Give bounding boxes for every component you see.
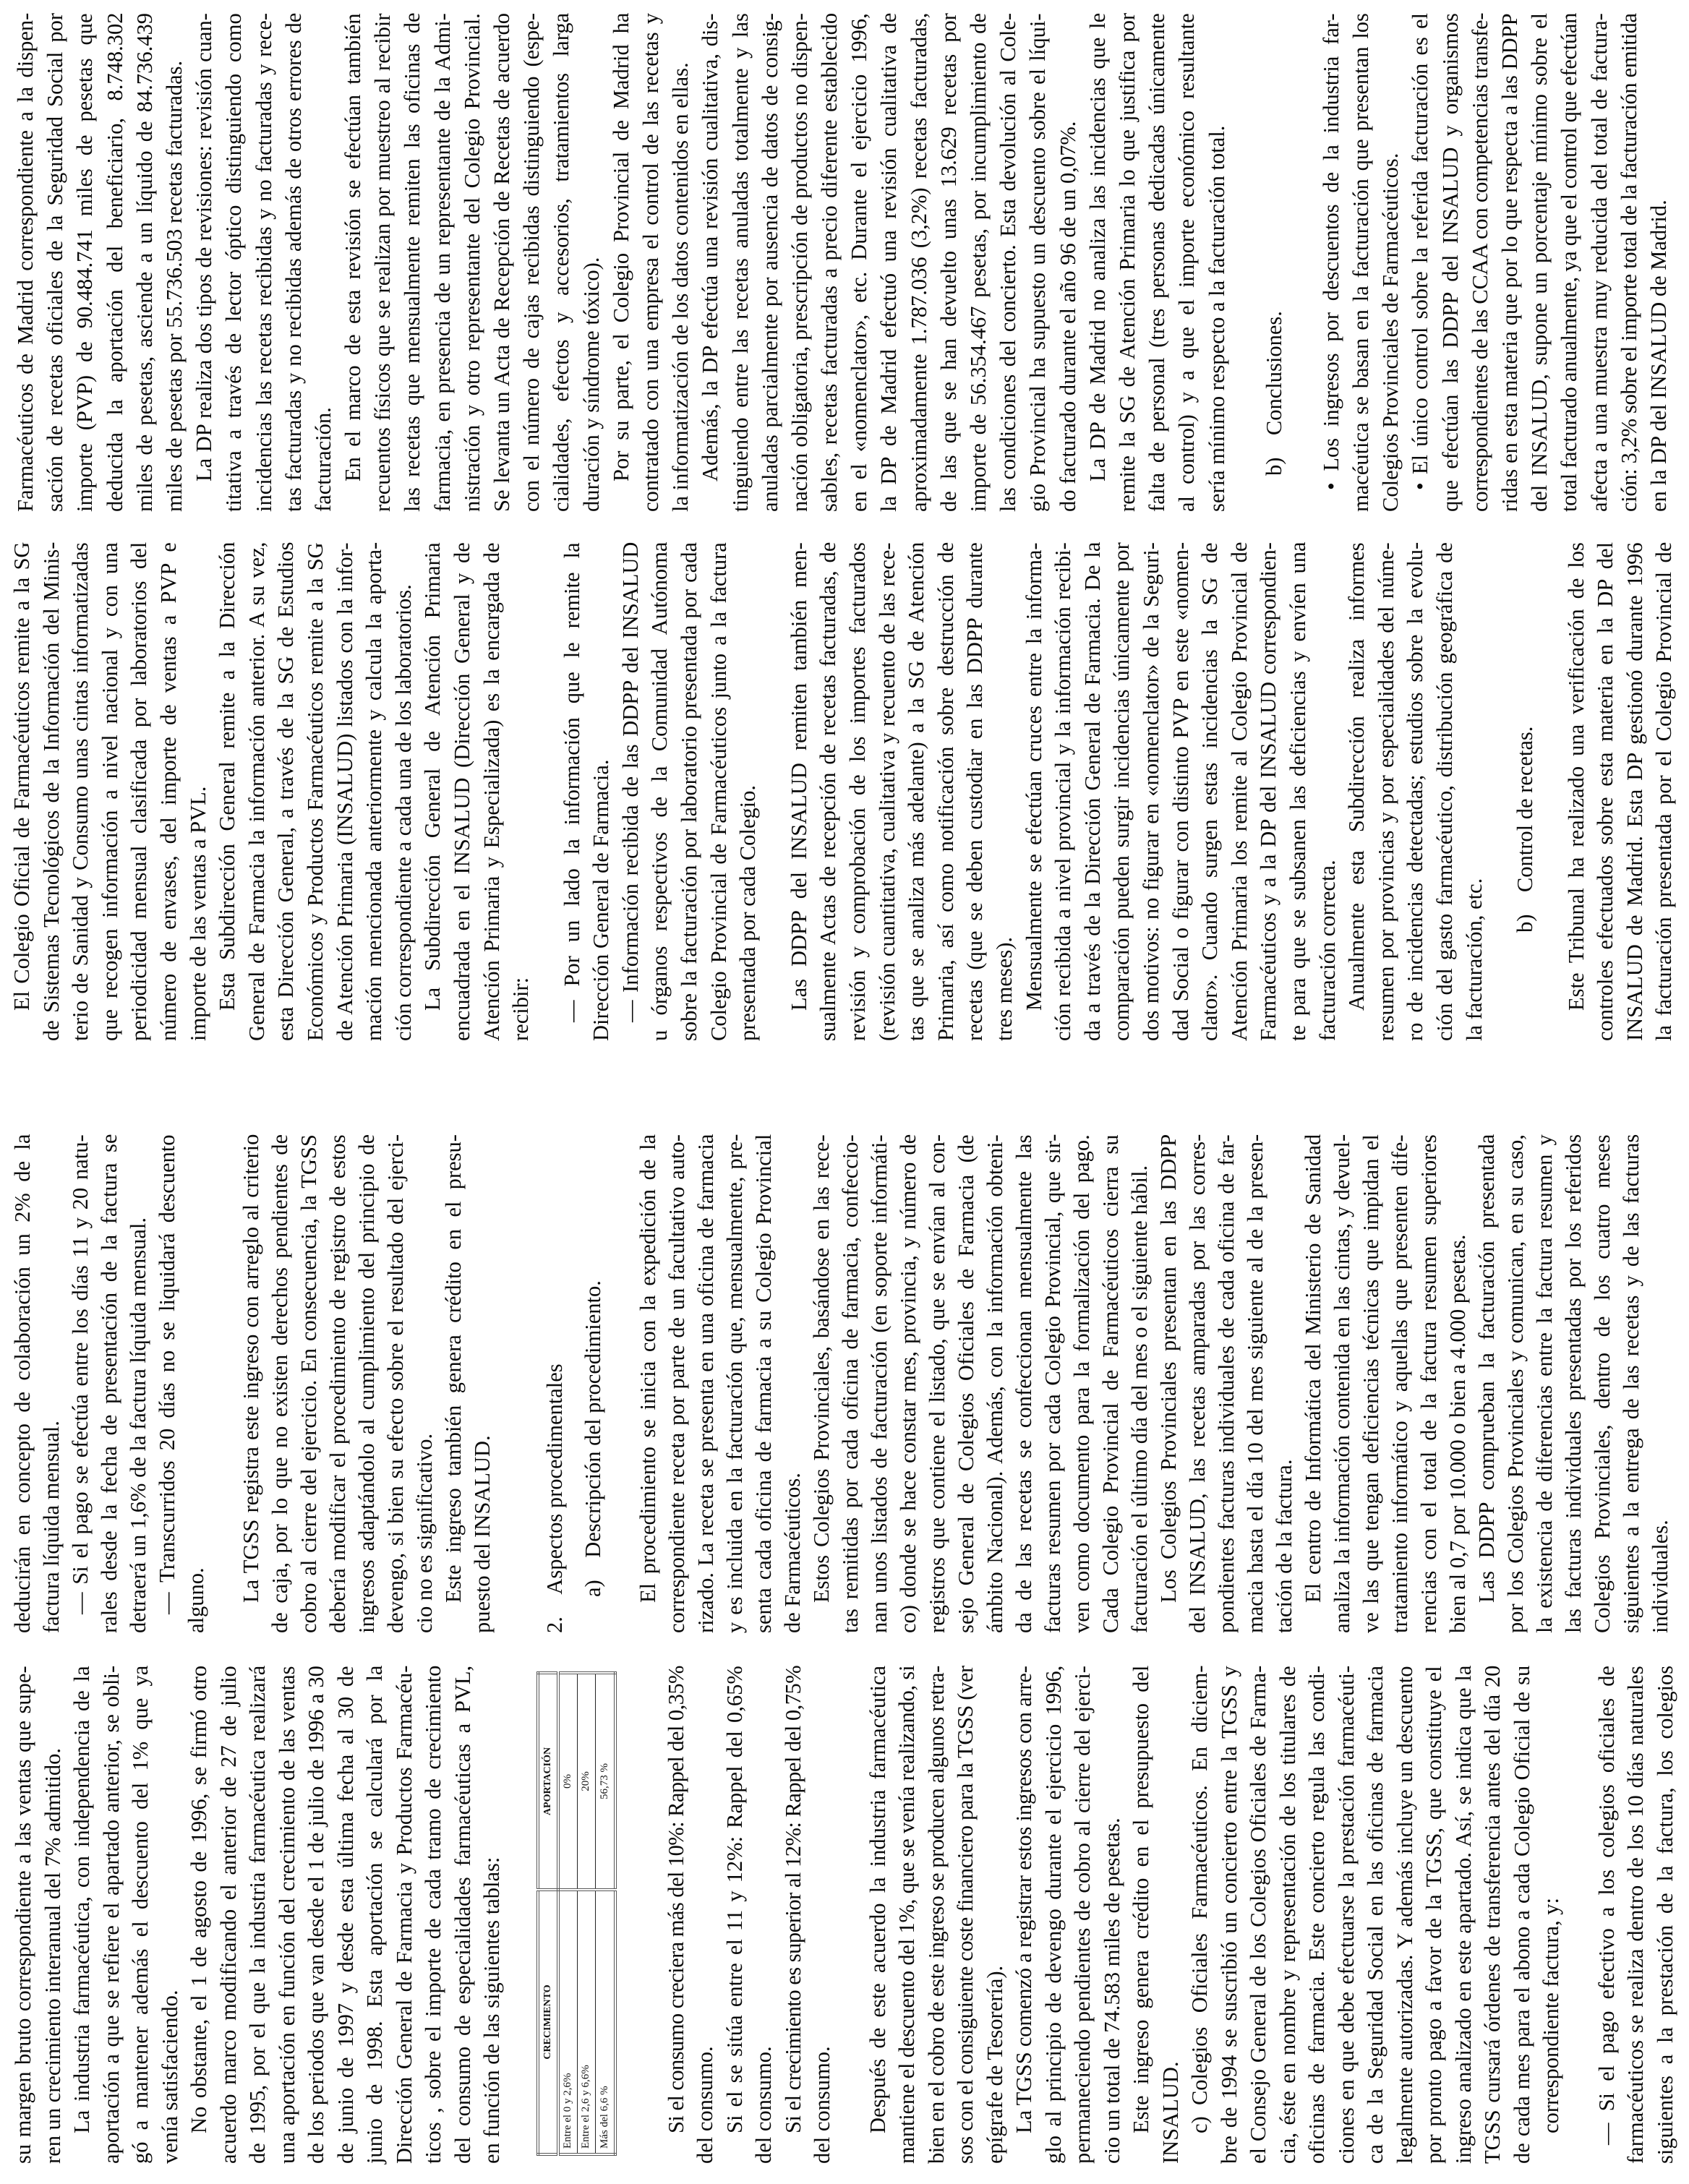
line-text: sería mínimo respecto a la facturación t… xyxy=(1202,126,1232,512)
table-cell: Entre el 0 y 2,6% xyxy=(558,1890,578,2154)
text-line: una aportación en función del crecimient… xyxy=(273,1666,302,2164)
line-text: Las DDPP comprueban la facturación prese… xyxy=(1472,1134,1501,1603)
text-line: sación de recetas oficiales de la Seguri… xyxy=(40,13,70,512)
text-line: No obstante, el 1 de agosto de 1996, se … xyxy=(184,1666,214,2164)
line-text: rencias con el total de la factura resum… xyxy=(1414,1134,1443,1633)
table-header-cell: CRECIMIENTO xyxy=(538,1890,558,2154)
line-text: INSALUD de Madrid. Esta DP gestionó dura… xyxy=(1620,542,1650,1041)
text-line: en la DP del INSALUD de Madrid. xyxy=(1644,13,1674,512)
line-text: bien al 0,7 por 10.000 o bien a 4.000 pe… xyxy=(1443,1235,1472,1633)
text-line: INSALUD de Madrid. Esta DP gestionó dura… xyxy=(1620,542,1650,1041)
text-line: Las DDPP del INSALUD remiten también men… xyxy=(784,542,814,1041)
text-line: epígrafe de Tesorería). xyxy=(980,1666,1010,2164)
text-line: Si el crecimiento es superior al 12%: Ra… xyxy=(779,1666,808,2164)
line-text: Farmacéuticos y a la DP del INSALUD corr… xyxy=(1254,542,1283,1041)
line-text: senta cada oficina de farmacia a su Cole… xyxy=(749,1134,778,1633)
line-text: registros que contiene el listado, que s… xyxy=(923,1134,952,1633)
text-line: ticos , sobre el importe de cada tramo d… xyxy=(419,1666,448,2164)
line-text: Dirección General de Farmacia. xyxy=(586,759,616,1041)
text-line: nistración y otro representante del Cole… xyxy=(458,13,487,512)
line-text: Si el crecimiento es superior al 12%: Ra… xyxy=(779,1666,808,2133)
line-text: c) Colegios Oficiales Farmacéuticos. En … xyxy=(1185,1666,1215,2133)
line-text: periodicidad mensual clasificada por lab… xyxy=(124,542,154,1041)
line-text: recetas (que se deben custodiar en las D… xyxy=(960,542,990,1041)
line-text: macéutica se basan en la facturación que… xyxy=(1346,13,1376,512)
text-line: remite la SG de Atención Primaria lo que… xyxy=(1113,13,1142,512)
line-text: sables, recetas facturadas a precio dife… xyxy=(815,13,844,512)
paragraph: Las DDPP comprueban la facturación prese… xyxy=(1472,1134,1675,1633)
paragraph-continuation: su margen bruto correspondiente a las ve… xyxy=(9,1666,67,2164)
text-line: revisión y comprobación de los importes … xyxy=(843,542,873,1041)
line-text: Si el consumo creciera más del 10%: Rapp… xyxy=(662,1666,691,2133)
dash-list-item: — Si el pago efectivo a los colegios ofi… xyxy=(1592,1666,1680,2164)
text-line: la informatización de los datos contenid… xyxy=(666,13,696,512)
line-text: La TGSS registra este ingreso con arregl… xyxy=(236,1134,265,1603)
text-line: ingreso analizado en este apartado. Así,… xyxy=(1449,1666,1479,2164)
line-text: del consumo. xyxy=(749,2046,779,2164)
line-text: anuladas parcialmente por ausencia de da… xyxy=(756,13,785,512)
line-text: rizado. La receta se presenta en una ofi… xyxy=(691,1134,720,1633)
line-text: junio de 1998. Esta aportación se calcul… xyxy=(360,1666,390,2164)
line-text: glo al principio de devengo durante el e… xyxy=(1039,1666,1069,2164)
text-line: farmacéuticos se realiza dentro de los 1… xyxy=(1621,1666,1651,2164)
text-line: de Farmacéuticos. xyxy=(778,1134,807,1633)
line-text: sejo General de Colegios Oficiales de Fa… xyxy=(952,1134,980,1633)
text-line: La Subdirección General de Atención Prim… xyxy=(418,542,448,1041)
blank-line xyxy=(1489,542,1510,1041)
table-body: Entre el 0 y 2,6%0%Entre el 2,6 y 6,6%20… xyxy=(558,1673,615,2154)
line-text: importe de 56.354.467 pesetas, por incum… xyxy=(964,13,993,512)
text-line: — Si el pago se efectúa entre los días 1… xyxy=(66,1134,95,1633)
line-text: mantiene el descuento del 1%, que se ven… xyxy=(892,1666,922,2164)
paragraph: Si el crecimiento es superior al 12%: Ra… xyxy=(779,1666,837,2164)
subsection-heading: b) Conclusiones. xyxy=(1260,13,1289,512)
paragraph: Anualmente esta Subdirección realiza inf… xyxy=(1342,542,1489,1041)
table-cell: Entre el 2,6 y 6,6% xyxy=(577,1890,595,2154)
line-text: acuerdo marco modificando el anterior de… xyxy=(214,1666,244,2164)
text-line: de cada mes para el abono a cada Colegio… xyxy=(1508,1666,1537,2164)
line-text: farmacia, en presencia de un representan… xyxy=(428,13,458,512)
text-line: detraerá un 1,6% de la factura líquida m… xyxy=(124,1134,153,1633)
blank-line xyxy=(536,542,557,1041)
line-text: bien en el cobro de este ingreso se prod… xyxy=(922,1666,952,2164)
line-text: Además, la DP efectúa una revisión cuali… xyxy=(696,13,725,481)
text-line: de caja, por lo que no existen derechos … xyxy=(265,1134,294,1633)
paragraph: Los Colegios Provinciales presentan en l… xyxy=(1154,1134,1299,1633)
text-line: tinguiendo entre las recetas anuladas to… xyxy=(726,13,756,512)
line-text: — Información recibida de las DDPP del I… xyxy=(616,542,646,1022)
line-text: cobro al cierre del ejercicio. En consec… xyxy=(294,1134,323,1633)
line-text: controles efectuados sobre esta materia … xyxy=(1591,542,1620,1041)
line-text: titativa a través de lector óptico disti… xyxy=(219,13,249,512)
line-text: — Si el pago efectivo a los colegios ofi… xyxy=(1592,1666,1622,2145)
text-line: esta Dirección General, a través de la S… xyxy=(271,542,301,1041)
text-line: ca de la Seguridad Social en las oficina… xyxy=(1361,1666,1390,2164)
line-text: las facturas individuales presentadas po… xyxy=(1559,1134,1588,1633)
paragraph: Esta Subdirección General remite a la Di… xyxy=(213,542,418,1041)
text-line: Después de este acuerdo la industria far… xyxy=(863,1666,893,2164)
text-line: legalmente autorizadas. Y además incluye… xyxy=(1390,1666,1420,2164)
text-line: ción recibida a nivel provincial y la in… xyxy=(1048,542,1078,1041)
text-line: sables, recetas facturadas a precio dife… xyxy=(815,13,844,512)
line-text: La TGSS comenzó a registrar estos ingres… xyxy=(1009,1666,1039,2133)
line-text: La industria farmacéutica, con independe… xyxy=(67,1666,97,2133)
line-text: farmacéuticos se realiza dentro de los 1… xyxy=(1621,1666,1651,2164)
paragraph: No obstante, el 1 de agosto de 1996, se … xyxy=(184,1666,507,2164)
text-line: por los Colegios Provinciales y comunica… xyxy=(1501,1134,1530,1633)
line-text: que recogen información a nivel nacional… xyxy=(95,542,125,1041)
text-line: las facturas individuales presentadas po… xyxy=(1559,1134,1588,1633)
line-text: legalmente autorizadas. Y además incluye… xyxy=(1390,1666,1420,2164)
text-line: mantiene el descuento del 1%, que se ven… xyxy=(892,1666,922,2164)
text-line: Farmacéuticos de Madrid correspondiente … xyxy=(11,13,40,512)
line-text: la facturación, etc. xyxy=(1460,878,1489,1041)
line-text: La DP de Madrid no analiza las incidenci… xyxy=(1083,13,1113,481)
text-line: — Por un lado la información que le remi… xyxy=(557,542,587,1041)
text-line: de junio de 1997 y desde esta última fec… xyxy=(331,1666,361,2164)
line-text: En el marco de esta revisión se efectúan… xyxy=(338,14,368,482)
text-line: El Colegio Oficial de Farmacéuticos remi… xyxy=(7,542,37,1041)
line-text: TGSS cursará órdenes de transferencia an… xyxy=(1478,1666,1508,2164)
line-text: Mensualmente se efectúan cruces entre la… xyxy=(1019,542,1049,1011)
text-line: titativa a través de lector óptico disti… xyxy=(219,13,249,512)
text-line: correspondiente receta por parte de un f… xyxy=(662,1134,691,1633)
text-line: Se levanta un Acta de Recepción de Recet… xyxy=(487,13,517,512)
text-line: tas que se analiza más adelante) a la SG… xyxy=(902,542,931,1041)
subsection-heading: b) Control de recetas. xyxy=(1510,542,1540,1041)
line-text: ticos , sobre el importe de cada tramo d… xyxy=(419,1666,448,2164)
text-line: de 1995, por el que la industria farmacé… xyxy=(243,1666,273,2164)
dash-list-item: — Si el pago se efectúa entre los días 1… xyxy=(66,1134,153,1633)
text-line: Primaria, así como notificación sobre de… xyxy=(931,542,961,1041)
text-line: en el «nomenclator», etc. Durante el eje… xyxy=(844,13,874,512)
text-line: dos motivos: no figurar en «nomenclator»… xyxy=(1137,542,1166,1041)
line-text: dad Social o figurar con distinto PVP en… xyxy=(1166,542,1196,1041)
text-line: con el número de cajas recibidas disting… xyxy=(517,13,547,512)
line-text: el Consejo General de los Colegios Ofici… xyxy=(1244,1666,1273,2164)
paragraph: Si el se sitúa entre el 11 y 12%: Rappel… xyxy=(720,1666,779,2164)
blank-line xyxy=(1540,542,1562,1041)
line-text: importe (PVP) de 90.484.741 miles de pes… xyxy=(70,13,100,512)
text-line: do facturado durante el año 96 de un 0,0… xyxy=(1053,13,1083,512)
text-line: ven como documento para la formalización… xyxy=(1067,1134,1096,1633)
line-text: aportación a que se refiere el apartado … xyxy=(97,1666,127,2164)
line-text: rales desde la fecha de presentación de … xyxy=(95,1134,124,1633)
paragraph: La DP realiza dos tipos de revisiones: r… xyxy=(189,13,338,512)
text-line: total facturado anualmente, ya que el co… xyxy=(1555,13,1584,512)
line-text: Estos Colegios Provinciales, basándose e… xyxy=(807,1134,836,1603)
text-line: siguientes a la prestación de la factura… xyxy=(1651,1666,1680,2164)
text-line: individuales. xyxy=(1646,1134,1675,1633)
subsection-heading: a) Descripción del procedimiento. xyxy=(578,1134,607,1633)
text-line: de las que se han devuelto unas 13.629 r… xyxy=(934,13,964,512)
paragraph: El centro de Informática del Ministerio … xyxy=(1299,1134,1472,1633)
line-text: presentada por cada Colegio. xyxy=(733,785,763,1041)
paragraph: El procedimiento se inicia con la expedi… xyxy=(633,1134,807,1633)
text-line: co) donde se hace constar mes, provincia… xyxy=(894,1134,923,1633)
line-text: facturación correcta. xyxy=(1313,860,1343,1041)
text-line: Colegio Provincial de Farmacéuticos junt… xyxy=(704,542,734,1041)
line-text: cio un total de 74.583 miles de pesetas. xyxy=(1098,1817,1127,2164)
text-line: contratado con una empresa el control de… xyxy=(636,13,666,512)
line-text: de los periodos que van desde el 1 de ju… xyxy=(302,1666,331,2164)
line-text: en el «nomenclator», etc. Durante el eje… xyxy=(844,13,874,512)
line-text: contratado con una empresa el control de… xyxy=(636,13,666,512)
line-text: (revisión cuantitativa, cualitativa y re… xyxy=(873,542,902,1041)
line-text: — Si el pago se efectúa entre los días 1… xyxy=(66,1134,95,1614)
text-line: controles efectuados sobre esta materia … xyxy=(1591,542,1620,1041)
paragraph: La TGSS comenzó a registrar estos ingres… xyxy=(1009,1666,1126,2164)
text-line: y es incluida en la facturación que, men… xyxy=(720,1134,749,1633)
text-line: La DP realiza dos tipos de revisiones: r… xyxy=(189,13,219,512)
dash-list-item: — Información recibida de las DDPP del I… xyxy=(616,542,763,1041)
text-line: que efectúan las DDPP del INSALUD y orga… xyxy=(1436,13,1466,512)
blank-line xyxy=(763,542,784,1041)
text-line: rales desde la fecha de presentación de … xyxy=(95,1134,124,1633)
line-text: ca de la Seguridad Social en las oficina… xyxy=(1361,1666,1390,2164)
line-text: permaneciendo pendientes de cobro al cie… xyxy=(1068,1666,1098,2164)
text-line: Anualmente esta Subdirección realiza inf… xyxy=(1342,542,1372,1041)
paragraph-continuation: deducirán en concepto de colaboración un… xyxy=(8,1134,66,1633)
text-line: las condiciones del concierto. Esta devo… xyxy=(993,13,1023,512)
blank-line xyxy=(1566,1666,1592,2164)
bullet-item: • El único control sobre la referida fac… xyxy=(1406,13,1674,512)
text-line: — Si el pago efectivo a los colegios ofi… xyxy=(1592,1666,1622,2164)
line-text: facturación el último día del mes o el s… xyxy=(1125,1165,1154,1633)
text-line: la existencia de diferencias entre la fa… xyxy=(1530,1134,1559,1633)
line-text: incidencias las recetas recibidas y no f… xyxy=(249,13,279,512)
line-text: alguno. xyxy=(181,1567,210,1633)
text-line: Económicos y Productos Farmacéuticos rem… xyxy=(301,542,330,1041)
text-line: permaneciendo pendientes de cobro al cie… xyxy=(1068,1666,1098,2164)
line-text: de cada mes para el abono a cada Colegio… xyxy=(1508,1666,1537,2164)
line-text: gó a mantener además el descuento del 1%… xyxy=(126,1666,155,2164)
line-text: tas remitidas por cada oficina de farmac… xyxy=(836,1134,865,1633)
paragraph: Por su parte, el Colegio Provincial de M… xyxy=(607,13,696,512)
line-text: clator». Cuando surgen estas incidencias… xyxy=(1195,542,1225,1041)
text-line: la facturación presentada por el Colegio… xyxy=(1649,542,1679,1041)
line-text: Colegio Provincial de Farmacéuticos junt… xyxy=(704,542,734,1041)
text-line: cobro al cierre del ejercicio. En consec… xyxy=(294,1134,323,1633)
line-text: Atención Primaria y Especializada) es la… xyxy=(477,543,507,1042)
line-text: por los Colegios Provinciales y comunica… xyxy=(1501,1134,1530,1633)
table-cell: Más del 6,6 % xyxy=(596,1890,615,2154)
line-text: sualmente Actas de recepción de recetas … xyxy=(813,542,843,1041)
text-line: aportación a que se refiere el apartado … xyxy=(97,1666,127,2164)
line-text: No obstante, el 1 de agosto de 1996, se … xyxy=(184,1666,214,2133)
table-header-row: CRECIMIENTOAPORTACIÓN xyxy=(538,1673,558,2154)
text-line: tas remitidas por cada oficina de farmac… xyxy=(836,1134,865,1633)
text-line: ve las que tengan deficiencias técnicas … xyxy=(1356,1134,1385,1633)
text-line: dad Social o figurar con distinto PVP en… xyxy=(1166,542,1196,1041)
line-text: General de Farmacia la información anter… xyxy=(242,542,272,1041)
line-text: tas que se analiza más adelante) a la SG… xyxy=(902,542,931,1041)
text-line: oficinas de farmacia. Este concierto reg… xyxy=(1302,1666,1332,2164)
text-line: falta de personal (tres personas dedicad… xyxy=(1142,13,1172,512)
line-text: • El único control sobre la referida fac… xyxy=(1406,13,1435,490)
line-text: tres meses). xyxy=(990,937,1019,1041)
line-text: miles de pesetas por 55.736.503 recetas … xyxy=(160,61,189,512)
text-line: sejo General de Colegios Oficiales de Fa… xyxy=(952,1134,980,1633)
line-text: duración y síndrome tóxico). xyxy=(577,257,607,512)
line-text: la facturación presentada por el Colegio… xyxy=(1649,542,1679,1041)
blank-line xyxy=(837,1666,863,2164)
text-line: Estos Colegios Provinciales, basándose e… xyxy=(807,1134,836,1633)
text-line: junio de 1998. Esta aportación se calcul… xyxy=(360,1666,390,2164)
line-text: miles de pesetas, asciende a un líquido … xyxy=(130,13,160,512)
text-line: cio no es significativo. xyxy=(410,1134,439,1633)
line-text: Colegios Provinciales de Farmacéuticos. xyxy=(1376,153,1406,512)
line-text: oficinas de farmacia. Este concierto reg… xyxy=(1302,1666,1332,2164)
line-text: u órganos respectivos de la Comunidad Au… xyxy=(645,542,675,1041)
text-line: tación de la factura. xyxy=(1270,1134,1299,1633)
text-line: del consumo. xyxy=(808,1666,837,2164)
line-text: bre de 1994 se suscribió un concierto en… xyxy=(1215,1666,1244,2164)
text-line: La DP de Madrid no analiza las incidenci… xyxy=(1083,13,1113,512)
line-text: Primaria, así como notificación sobre de… xyxy=(931,542,961,1041)
text-line: Las DDPP comprueban la facturación prese… xyxy=(1472,1134,1501,1633)
line-text: recuentos físicos que se realizan por mu… xyxy=(368,14,398,513)
text-line: Colegios Provinciales, dentro de los cua… xyxy=(1588,1134,1617,1633)
text-line: importe (PVP) de 90.484.741 miles de pes… xyxy=(70,13,100,512)
text-line: ingresos adaptándolo al cumplimiento del… xyxy=(352,1134,381,1633)
text-line: ciones en que debe efectuarse la prestac… xyxy=(1332,1666,1361,2164)
line-text: ción del gasto farmacéutico, distribució… xyxy=(1430,542,1460,1041)
section-heading: 2. Aspectos procedimentales xyxy=(540,1134,569,1633)
line-text: b) Control de recetas. xyxy=(1510,727,1540,933)
text-line: 2. Aspectos procedimentales xyxy=(540,1134,569,1633)
paragraph: Este ingreso genera crédito en el presup… xyxy=(1126,1666,1185,2164)
line-text: falta de personal (tres personas dedicad… xyxy=(1142,13,1172,512)
line-text: importe de las ventas a PVL. xyxy=(184,787,213,1041)
line-text: al control) y a que el importe económico… xyxy=(1172,13,1202,512)
text-line: senta cada oficina de farmacia a su Cole… xyxy=(749,1134,778,1633)
text-line: • Los ingresos por descuentos de la indu… xyxy=(1317,13,1346,512)
line-text: da de las recetas se confeccionan mensua… xyxy=(1009,1135,1038,1634)
line-text: correspondiente receta por parte de un f… xyxy=(662,1134,691,1633)
line-text: ve las que tengan deficiencias técnicas … xyxy=(1356,1134,1385,1633)
text-line: ren un crecimiento interanual del 7% adm… xyxy=(38,1666,68,2164)
text-line: anuladas parcialmente por ausencia de da… xyxy=(756,13,785,512)
text-line: comparación pueden surgir incidencias ún… xyxy=(1107,542,1137,1041)
text-line: el Consejo General de los Colegios Ofici… xyxy=(1244,1666,1273,2164)
text-line: miles de pesetas por 55.736.503 recetas … xyxy=(160,13,189,512)
text-line: (revisión cuantitativa, cualitativa y re… xyxy=(873,542,902,1041)
text-line: • El único control sobre la referida fac… xyxy=(1406,13,1435,512)
text-line: Además, la DP efectúa una revisión cuali… xyxy=(696,13,725,512)
text-line: bre de 1994 se suscribió un concierto en… xyxy=(1215,1666,1244,2164)
text-line: sería mínimo respecto a la facturación t… xyxy=(1202,13,1232,512)
line-text: la informatización de los datos contenid… xyxy=(666,62,696,512)
line-text: macia hasta el día 10 del mes siguiente … xyxy=(1241,1134,1270,1633)
table-row: Entre el 0 y 2,6%0% xyxy=(558,1673,578,2154)
document-spread: su margen bruto correspondiente a las ve… xyxy=(0,0,1689,2184)
text-line: b) Conclusiones. xyxy=(1260,13,1289,512)
line-text: tas facturadas y no recibidas además de … xyxy=(279,13,309,512)
text-line: facturación el último día del mes o el s… xyxy=(1125,1134,1154,1633)
line-text: ro de incidencias detectadas; estudios s… xyxy=(1401,542,1430,1041)
line-text: Por su parte, el Colegio Provincial de M… xyxy=(607,13,636,481)
text-line: registros que contiene el listado, que s… xyxy=(923,1134,952,1633)
paragraph: La DP de Madrid no analiza las incidenci… xyxy=(1083,13,1232,512)
line-text: tinguiendo entre las recetas anuladas to… xyxy=(726,13,756,512)
text-line: da a través de la Dirección General de F… xyxy=(1078,542,1108,1041)
line-text: cio no es significativo. xyxy=(410,1434,439,1633)
text-line: te para que se subsanen las deficiencias… xyxy=(1283,542,1313,1041)
text-line: mación mencionada anteriormente y calcul… xyxy=(359,542,389,1041)
text-line: El procedimiento se inicia con la expedi… xyxy=(633,1134,662,1633)
left-page-column-2: deducirán en concepto de colaboración un… xyxy=(8,1134,1675,1633)
text-line: sualmente Actas de recepción de recetas … xyxy=(813,542,843,1041)
table-cell: 56,73 % xyxy=(596,1673,615,1890)
line-text: sobre la facturación por laboratorio pre… xyxy=(675,542,704,1041)
table-row: Entre el 2,6 y 6,6%20% xyxy=(577,1673,595,2154)
line-text: cialidades, efectos y accesorios, tratam… xyxy=(547,13,576,512)
line-text: facturación. xyxy=(309,407,338,512)
text-line: del INSALUD, supone un porcentaje mínimo… xyxy=(1525,13,1555,512)
text-line: de Sistemas Tecnológicos de la Informaci… xyxy=(37,542,67,1041)
text-line: En el marco de esta revisión se efectúan… xyxy=(338,13,368,512)
text-line: su margen bruto correspondiente a las ve… xyxy=(9,1666,38,2164)
line-text: aproximadamente 1.787.036 (3,2%) recetas… xyxy=(905,13,934,512)
line-text: 2. Aspectos procedimentales xyxy=(540,1363,569,1633)
table-head: CRECIMIENTOAPORTACIÓN xyxy=(538,1673,558,2154)
dash-list-item: — Por un lado la información que le remi… xyxy=(557,542,616,1041)
text-line: Cada Colegio Provincial de Farmacéuticos… xyxy=(1096,1134,1125,1633)
right-page-column-2: Farmacéuticos de Madrid correspondiente … xyxy=(11,13,1674,512)
text-line: tratamiento informático y aquellas que p… xyxy=(1385,1134,1414,1633)
text-line: — Transcurridos 20 días no se liquidará … xyxy=(153,1134,181,1633)
line-text: correspondientes de las CCAA con compete… xyxy=(1466,13,1495,512)
line-text: — Transcurridos 20 días no se liquidará … xyxy=(153,1134,181,1614)
line-text: con el número de cajas recibidas disting… xyxy=(517,13,547,512)
line-text: detraerá un 1,6% de la factura líquida m… xyxy=(124,1217,153,1633)
blank-line xyxy=(1289,13,1317,512)
line-text: Este ingreso también genera crédito en e… xyxy=(439,1134,468,1603)
line-text: ren un crecimiento interanual del 7% adm… xyxy=(38,1748,68,2164)
line-text: ridas en esta materia que por lo que res… xyxy=(1495,13,1525,512)
dash-list-item: — Transcurridos 20 días no se liquidará … xyxy=(153,1134,210,1633)
text-line: ro de incidencias detectadas; estudios s… xyxy=(1401,542,1430,1041)
text-line: siguientes a la entrega de las recetas y… xyxy=(1617,1134,1646,1633)
text-line: facturación correcta. xyxy=(1313,542,1343,1041)
blank-line xyxy=(210,1134,236,1633)
text-line: miles de pesetas, asciende a un líquido … xyxy=(130,13,160,512)
table-header-cell: APORTACIÓN xyxy=(538,1673,558,1890)
paragraph: Si el consumo creciera más del 10%: Rapp… xyxy=(662,1666,720,2164)
paragraph: Este Tribunal ha realizado una verificac… xyxy=(1562,542,1679,1041)
line-text: venía satisfaciendo. xyxy=(155,1990,185,2164)
text-line: Este ingreso también genera crédito en e… xyxy=(439,1134,468,1633)
text-line: macia hasta el día 10 del mes siguiente … xyxy=(1241,1134,1270,1633)
line-text: terio de Sanidad y Consumo unas cintas i… xyxy=(66,542,95,1041)
paragraph: c) Colegios Oficiales Farmacéuticos. En … xyxy=(1185,1666,1536,2164)
line-text: correspondiente factura, y: xyxy=(1536,1898,1566,2133)
line-text: del consumo. xyxy=(690,2046,720,2164)
text-line: cio un total de 74.583 miles de pesetas. xyxy=(1098,1666,1127,2164)
line-text: número de envases, del importe de ventas… xyxy=(154,542,184,1041)
line-text: remite la SG de Atención Primaria lo que… xyxy=(1113,13,1142,512)
blank-line xyxy=(497,1134,523,1633)
line-text: analiza la información contenida en las … xyxy=(1327,1134,1356,1633)
line-text: tación de la factura. xyxy=(1270,1460,1299,1633)
contribution-table: CRECIMIENTOAPORTACIÓNEntre el 0 y 2,6%0%… xyxy=(536,1671,617,2156)
line-text: Después de este acuerdo la industria far… xyxy=(863,1666,893,2133)
text-line: por pronto pago a favor de la TGSS, que … xyxy=(1419,1666,1449,2164)
line-text: pondientes facturas individuales de cada… xyxy=(1212,1134,1241,1633)
text-line: analiza la información contenida en las … xyxy=(1327,1134,1356,1633)
line-text: Este ingreso genera crédito en el presup… xyxy=(1126,1666,1156,2133)
